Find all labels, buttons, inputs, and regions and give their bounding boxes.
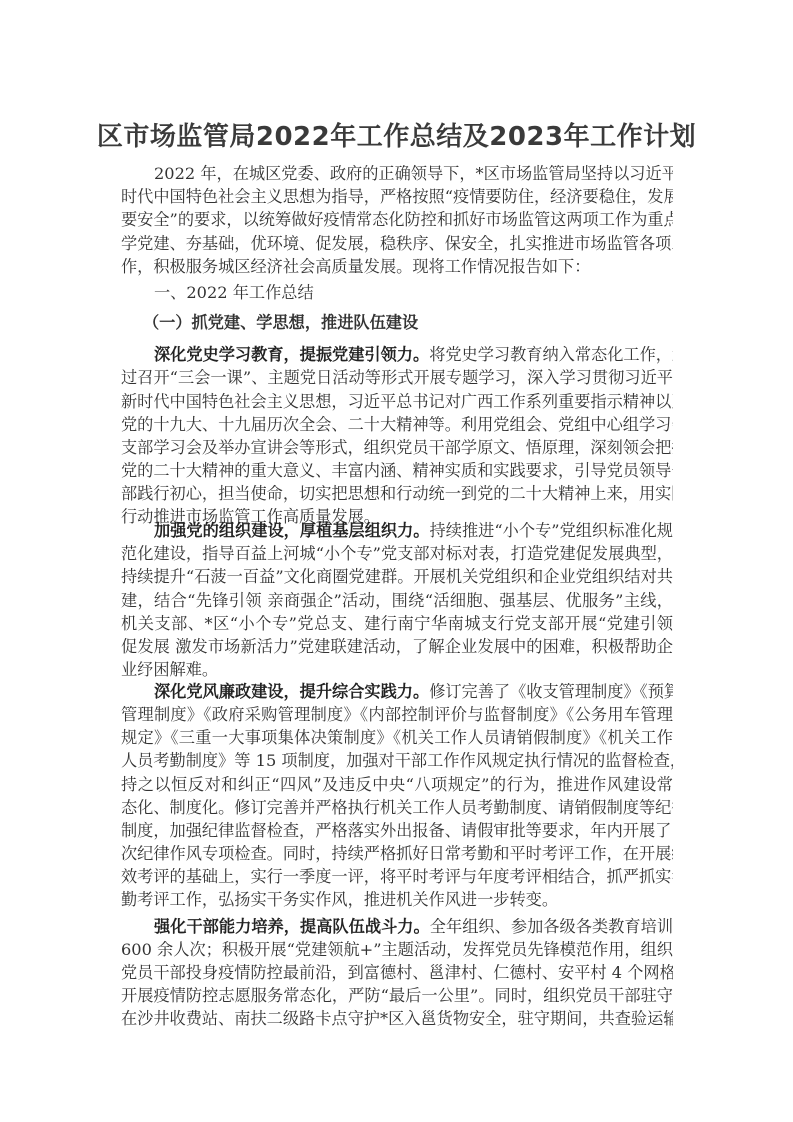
text-line: 开展疫情防控志愿服务常态化，严防“最后一公里”。同时，组织党员干部驻守	[121, 984, 673, 1007]
paragraph-lead: 强化干部能力培养，提高队伍战斗力。	[154, 917, 430, 936]
text-line: 加强党的组织建设，厚植基层组织力。持续推进“小个专”党组织标准化规	[154, 519, 673, 542]
paragraph-text: 持续推进“小个专”党组织标准化规	[430, 521, 673, 540]
text-line: 新时代中国特色社会主义思想，习近平总书记对广西工作系列重要指示精神以及	[121, 390, 673, 413]
text-line: 过召开“三会一课”、主题党日活动等形式开展专题学习，深入学习贯彻习近平	[121, 366, 673, 389]
text-line: 持续提升“石菠一百益”文化商圈党建群。开展机关党组织和企业党组织结对共	[121, 565, 673, 588]
text-line: 强化干部能力培养，提高队伍战斗力。全年组织、参加各级各类教育培训	[154, 915, 673, 938]
text-line: 范化建设，指导百益上河城“小个专”党支部对标对表，打造党建促发展典型，	[121, 542, 673, 565]
text-line: 次纪律作风专项检查。同时，持续严格抓好日常考勤和平时考评工作，在开展绩	[121, 842, 673, 865]
text-line: 效考评的基础上，实行一季度一评，将平时考评与年度考评相结合，抓严抓实考	[121, 865, 673, 888]
text-line: 管理制度》《政府采购管理制度》《内部控制评价与监督制度》《公务用车管理	[121, 703, 673, 726]
text-line: 建，结合“先锋引领 亲商强企”活动，围绕“活细胞、强基层、优服务”主线，	[121, 589, 673, 612]
text-line: 深化党风廉政建设，提升综合实践力。修订完善了《收支管理制度》《预算	[154, 680, 673, 703]
document-page: 区市场监管局2022年工作总结及2023年工作计划 2022 年，在城区党委、政…	[0, 0, 793, 1122]
paragraph-lead: 深化党风廉政建设，提升综合实践力。	[154, 682, 429, 701]
text-line: 机关支部、*区“小个专”党总支、建行南宁华南城支行党支部开展“党建引领	[121, 612, 673, 635]
text-line: 规定》《三重一大事项集体决策制度》《机关工作人员请销假制度》《机关工作	[121, 726, 673, 749]
text-line: 深化党史学习教育，提振党建引领力。将党史学习教育纳入常态化工作，通	[154, 343, 673, 366]
text-line: 人员考勤制度》等 15 项制度，加强对干部工作作风规定执行情况的监督检查，	[121, 749, 673, 772]
text-line: 支部学习会及举办宣讲会等形式，组织党员干部学原文、悟原理，深刻领会把握	[121, 436, 673, 459]
text-line: 持之以恒反对和纠正“四风”及违反中央“八项规定”的行为，推进作风建设常	[121, 773, 673, 796]
text-line: 勤考评工作，弘扬实干务实作风，推进机关作风进一步转变。	[121, 888, 673, 911]
paragraph-lead: 加强党的组织建设，厚植基层组织力。	[154, 521, 430, 540]
document-title: 区市场监管局2022年工作总结及2023年工作计划	[0, 120, 793, 154]
text-line: 学党建、夯基础，优环境、促发展，稳秩序、保安全，扎实推进市场监管各项工	[121, 232, 673, 255]
text-line: 600 余人次；积极开展“党建领航+”主题活动，发挥党员先锋模范作用，组织	[121, 938, 673, 961]
subsection-heading: （一）抓党建、学思想，推进队伍建设	[143, 311, 418, 334]
paragraph-text: 将党史学习教育纳入常态化工作，通	[429, 345, 673, 364]
text-line: 业纾困解难。	[121, 658, 673, 681]
section-heading: 一、2022 年工作总结	[154, 281, 314, 304]
text-line: 党员干部投身疫情防控最前沿，到富德村、邕津村、仁德村、安平村 4 个网格点	[121, 961, 673, 984]
paragraph-text: 修订完善了《收支管理制度》《预算	[429, 682, 673, 701]
text-line: 部践行初心，担当使命，切实把思想和行动统一到党的二十大精神上来，用实际	[121, 482, 673, 505]
paragraph-lead: 深化党史学习教育，提振党建引领力。	[154, 345, 429, 364]
text-line: 党的十九大、十九届历次全会、二十大精神等。利用党组会、党组中心组学习会、	[121, 413, 673, 436]
text-line: 在沙井收费站、南扶二级路卡点守护*区入邕货物安全，驻守期间，共查验运输	[121, 1007, 673, 1030]
text-line: 态化、制度化。修订完善并严格执行机关工作人员考勤制度、请销假制度等纪律	[121, 796, 673, 819]
text-line: 党的二十大精神的重大意义、丰富内涵、精神实质和实践要求，引导党员领导干	[121, 459, 673, 482]
text-line: 要安全”的要求，以统筹做好疫情常态化防控和抓好市场监管这两项工作为重点，	[121, 208, 673, 231]
text-line: 促发展 激发市场新活力”党建联建活动，了解企业发展中的困难，积极帮助企	[121, 635, 673, 658]
paragraph-text: 全年组织、参加各级各类教育培训	[430, 917, 673, 936]
text-line: 制度，加强纪律监督检查，严格落实外出报备、请假审批等要求，年内开展了 2	[121, 819, 673, 842]
text-line: 2022 年，在城区党委、政府的正确领导下，*区市场监管局坚持以习近平新	[154, 162, 673, 185]
text-line: 时代中国特色社会主义思想为指导，严格按照“疫情要防住，经济要稳住，发展	[121, 185, 673, 208]
text-line: 作，积极服务城区经济社会高质量发展。现将工作情况报告如下：	[121, 255, 673, 278]
